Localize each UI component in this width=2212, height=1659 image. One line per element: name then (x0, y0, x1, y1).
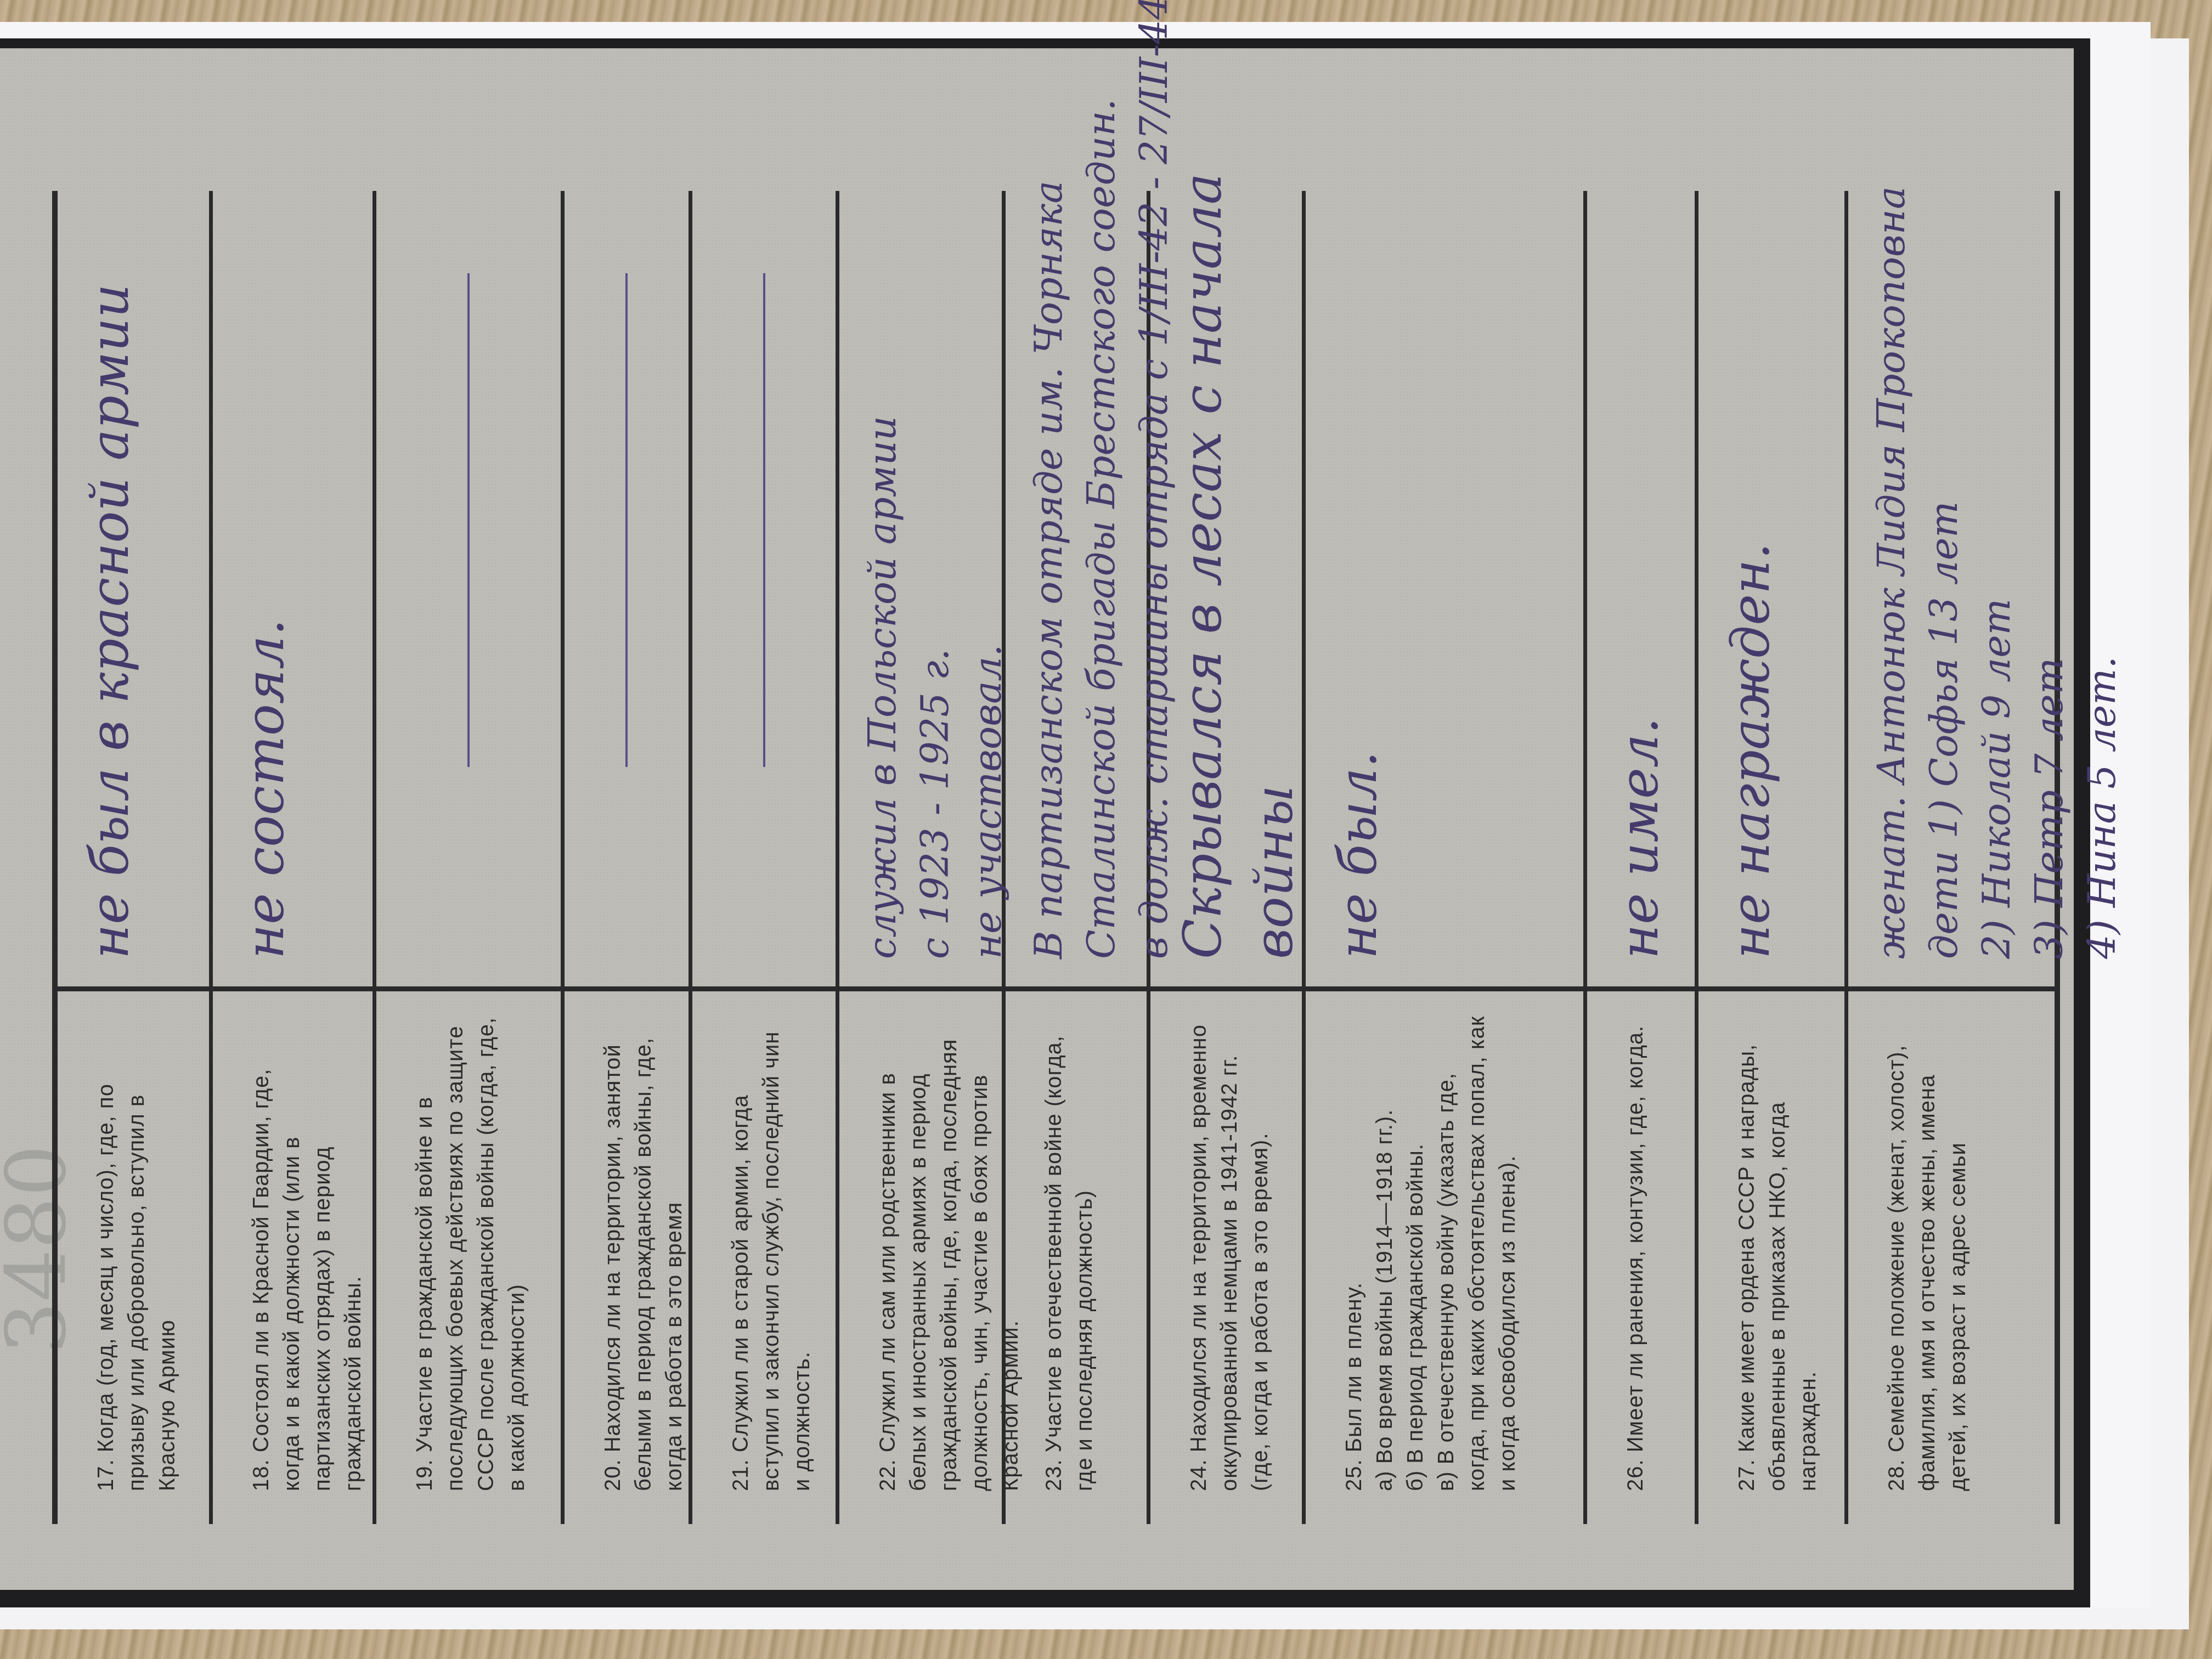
answer-line: Сталинской бригады Брестского соедин. (1075, 0, 1127, 959)
question-text: Имеет ли ранения, контузии, где, когда. (1623, 1025, 1647, 1452)
question-label: 22. Служил ли сам или родственники в бел… (839, 986, 1002, 1524)
question-number: 17. (94, 1452, 118, 1491)
answer-line: Скрывался в лесах с начала (1167, 173, 1238, 959)
handwritten-answer: не был в красной армии (58, 191, 209, 986)
question-text: Находился ли на территории, занятой белы… (601, 1037, 686, 1491)
answer-line: 2) Николай 9 лет (1970, 187, 2023, 959)
question-text: Служил ли в старой армии, когда вступил … (729, 1031, 814, 1491)
handwritten-answer (565, 191, 689, 986)
question-number: 26. (1623, 1452, 1647, 1491)
answer-line: не имел. (1604, 218, 1675, 959)
handwritten-answer: не состоял. (213, 191, 373, 986)
handwritten-answer: В партизанском отряде им. ЧорнякаСталинс… (1006, 0, 1146, 986)
handwritten-answer: женат. Антонюк Лидия Прокоповнадети 1) С… (1848, 159, 2055, 986)
answer-line: В партизанском отряде им. Чорняка (1022, 0, 1075, 959)
question-label: 19. Участие в гражданской войне и в посл… (376, 986, 561, 1524)
answer-line: не награжден. (1715, 218, 1786, 959)
answer-line: женат. Антонюк Лидия Прокоповна (1865, 187, 1917, 959)
form-row-25: 25. Был ли в плену.а) Во время войны (19… (1306, 191, 1587, 1524)
blank-dash-line (625, 273, 628, 767)
question-text: Участие в отечественной войне (когда, гд… (1042, 1035, 1097, 1491)
handwritten-answer: не имел. (1587, 191, 1695, 986)
document-page: 3480 17. Когда (год, месяц и число), где… (0, 38, 2090, 1607)
question-text: Какие имеет ордена СССР и награды, объяв… (1735, 1044, 1820, 1491)
blank-dash-line (467, 273, 470, 767)
form-table: 17. Когда (год, месяц и число), где, по … (52, 191, 2060, 1524)
question-number: 21. (729, 1452, 753, 1491)
question-number: 27. (1735, 1452, 1759, 1491)
question-number: 18. (249, 1452, 273, 1491)
question-label: 23. Участие в отечественной войне (когда… (1006, 986, 1146, 1524)
answer-line: дети 1) Софья 13 лет (1917, 187, 1970, 959)
question-label: 18. Состоял ли в Красной Гвардии, где, к… (213, 986, 373, 1524)
blank-dash-line (763, 273, 765, 767)
document-paper: 3480 17. Когда (год, месяц и число), где… (0, 48, 2074, 1590)
answer-line: 3) Петр 7 лет (2023, 187, 2075, 959)
question-label: 28. Семейное положение (женат, холост), … (1848, 986, 2055, 1524)
question-text: Участие в гражданской войне и в последую… (413, 1017, 529, 1491)
form-row-28: 28. Семейное положение (женат, холост), … (1848, 191, 2055, 1524)
form-row-27: 27. Какие имеет ордена СССР и награды, о… (1699, 191, 1848, 1524)
question-label: 26. Имеет ли ранения, контузии, где, ког… (1587, 986, 1695, 1524)
handwritten-answer: Скрывался в лесах с началавойны (1150, 145, 1302, 986)
answer-line: служил в Польской армии (856, 218, 909, 959)
form-row-23: 23. Участие в отечественной войне (когда… (1006, 191, 1150, 1524)
form-row-26: 26. Имеет ли ранения, контузии, где, ког… (1587, 191, 1699, 1524)
form-row-18: 18. Состоял ли в Красной Гвардии, где, к… (213, 191, 376, 1524)
handwritten-answer: не награжден. (1699, 191, 1844, 986)
question-sub-item: б) В период гражданской войны. (1400, 1013, 1431, 1491)
handwritten-answer: служил в Польской армиис 1923 - 1925 г.н… (839, 191, 1002, 986)
question-text: Семейное положение (женат, холост), фами… (1884, 1045, 1970, 1491)
handwritten-answer (692, 191, 836, 986)
question-label: 24. Находился ли на территории, временно… (1150, 986, 1302, 1524)
question-number: 19. (413, 1452, 437, 1491)
question-number: 28. (1884, 1452, 1909, 1491)
answer-line: 4) Нина 5 лет. (2075, 187, 2128, 959)
answer-line: не был в красной армии (74, 218, 145, 959)
question-sub-item: а) Во время войны (1914—1918 гг.). (1369, 1013, 1400, 1491)
questionnaire-form: 17. Когда (год, месяц и число), где, по … (52, 191, 2049, 1524)
question-text: Был ли в плену. (1342, 1282, 1366, 1452)
question-number: 24. (1187, 1452, 1211, 1491)
form-row-20: 20. Находился ли на территории, занятой … (565, 191, 692, 1524)
handwritten-answer (376, 191, 561, 986)
question-label: 20. Находился ли на территории, занятой … (565, 986, 689, 1524)
form-row-22: 22. Служил ли сам или родственники в бел… (839, 191, 1006, 1524)
form-row-17: 17. Когда (год, месяц и число), где, по … (58, 191, 213, 1524)
question-number: 23. (1042, 1452, 1066, 1491)
question-text: Состоял ли в Красной Гвардии, где, когда… (249, 1069, 365, 1491)
question-label: 27. Какие имеет ордена СССР и награды, о… (1699, 986, 1844, 1524)
form-row-24: 24. Находился ли на территории, временно… (1150, 191, 1306, 1524)
question-text: Находился ли на территории, временно окк… (1187, 1024, 1272, 1491)
question-sub-item: в) В отечественную войну (указать где, к… (1431, 1013, 1523, 1491)
question-text: Служил ли сам или родственники в белых и… (876, 1039, 1023, 1491)
answer-line: не состоял. (229, 218, 301, 959)
question-text: Когда (год, месяц и число), где, по приз… (94, 1084, 179, 1491)
answer-line: не был. (1322, 218, 1393, 959)
answer-line: с 1923 - 1925 г. (909, 218, 961, 959)
question-label: 25. Был ли в плену.а) Во время войны (19… (1306, 986, 1583, 1524)
question-number: 25. (1342, 1452, 1366, 1491)
answer-line: войны (1238, 173, 1310, 959)
question-label: 17. Когда (год, месяц и число), где, по … (58, 986, 209, 1524)
question-number: 20. (601, 1452, 625, 1491)
form-row-19: 19. Участие в гражданской войне и в посл… (376, 191, 565, 1524)
handwritten-answer: не был. (1306, 191, 1583, 986)
question-label: 21. Служил ли в старой армии, когда всту… (692, 986, 836, 1524)
form-row-21: 21. Служил ли в старой армии, когда всту… (692, 191, 839, 1524)
question-number: 22. (876, 1452, 900, 1491)
